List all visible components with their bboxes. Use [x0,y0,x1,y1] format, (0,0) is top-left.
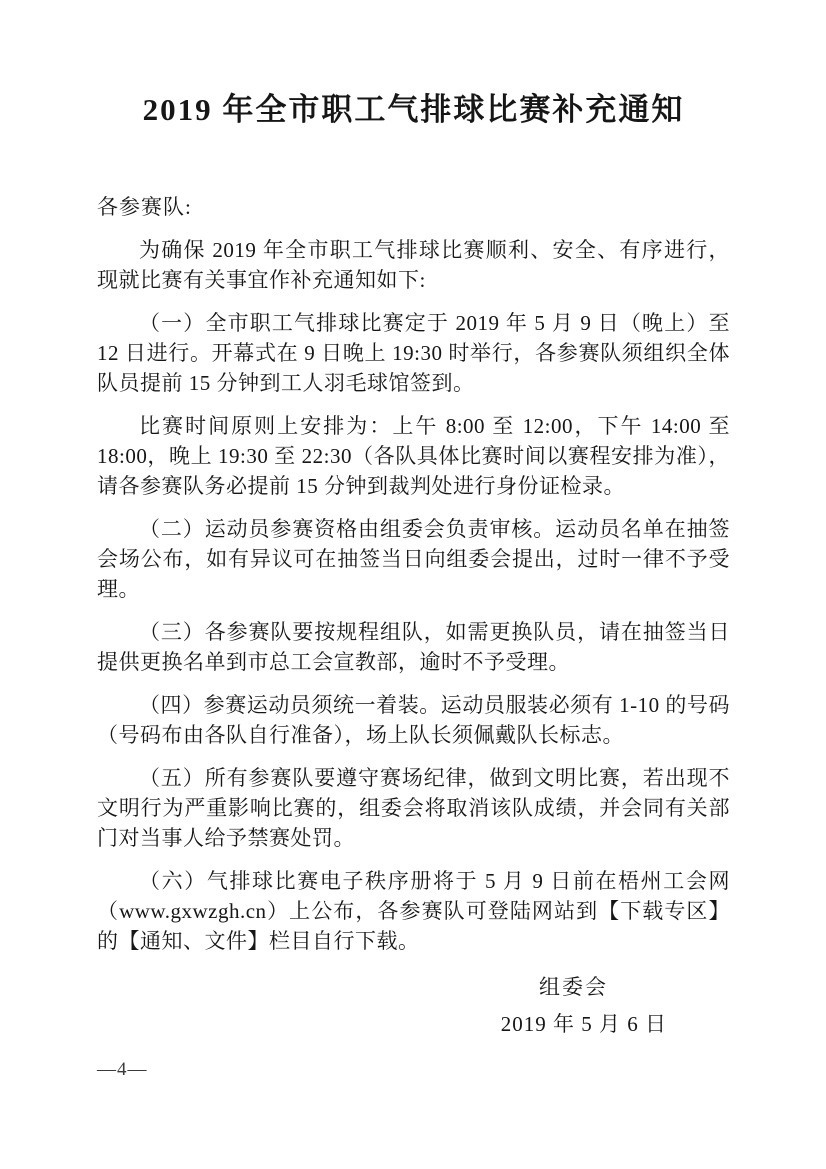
paragraph-intro: 为确保 2019 年全市职工气排球比赛顺利、安全、有序进行，现就比赛有关事宜作补… [97,235,730,295]
paragraph-item-4: （四）参赛运动员须统一着装。运动员服装必须有 1-10 的号码（号码布由各队自行… [97,690,730,750]
page-number: —4— [97,1058,148,1082]
document-body: 为确保 2019 年全市职工气排球比赛顺利、安全、有序进行，现就比赛有关事宜作补… [97,235,730,956]
signature-block: 组委会 2019 年 5 月 6 日 [97,972,730,1039]
salutation: 各参赛队: [97,192,730,222]
signature-signer: 组委会 [97,972,608,1002]
paragraph-item-6: （六）气排球比赛电子秩序册将于 5 月 9 日前在梧州工会网（www.gxwzg… [97,866,730,956]
paragraph-schedule: 比赛时间原则上安排为：上午 8:00 至 12:00，下午 14:00 至 18… [97,411,730,501]
document-title: 2019 年全市职工气排球比赛补充通知 [97,88,730,132]
paragraph-item-3: （三）各参赛队要按规程组队，如需更换队员，请在抽签当日提供更换名单到市总工会宣教… [97,617,730,677]
paragraph-item-2: （二）运动员参赛资格由组委会负责审核。运动员名单在抽签会场公布，如有异议可在抽签… [97,514,730,604]
paragraph-item-1: （一）全市职工气排球比赛定于 2019 年 5 月 9 日（晚上）至 12 日进… [97,308,730,398]
paragraph-item-5: （五）所有参赛队要遵守赛场纪律，做到文明比赛，若出现不文明行为严重影响比赛的，组… [97,763,730,853]
document-page: 2019 年全市职工气排球比赛补充通知 各参赛队: 为确保 2019 年全市职工… [0,0,826,1169]
signature-date: 2019 年 5 月 6 日 [97,1009,667,1039]
document-content: 2019 年全市职工气排球比赛补充通知 各参赛队: 为确保 2019 年全市职工… [97,0,730,1039]
